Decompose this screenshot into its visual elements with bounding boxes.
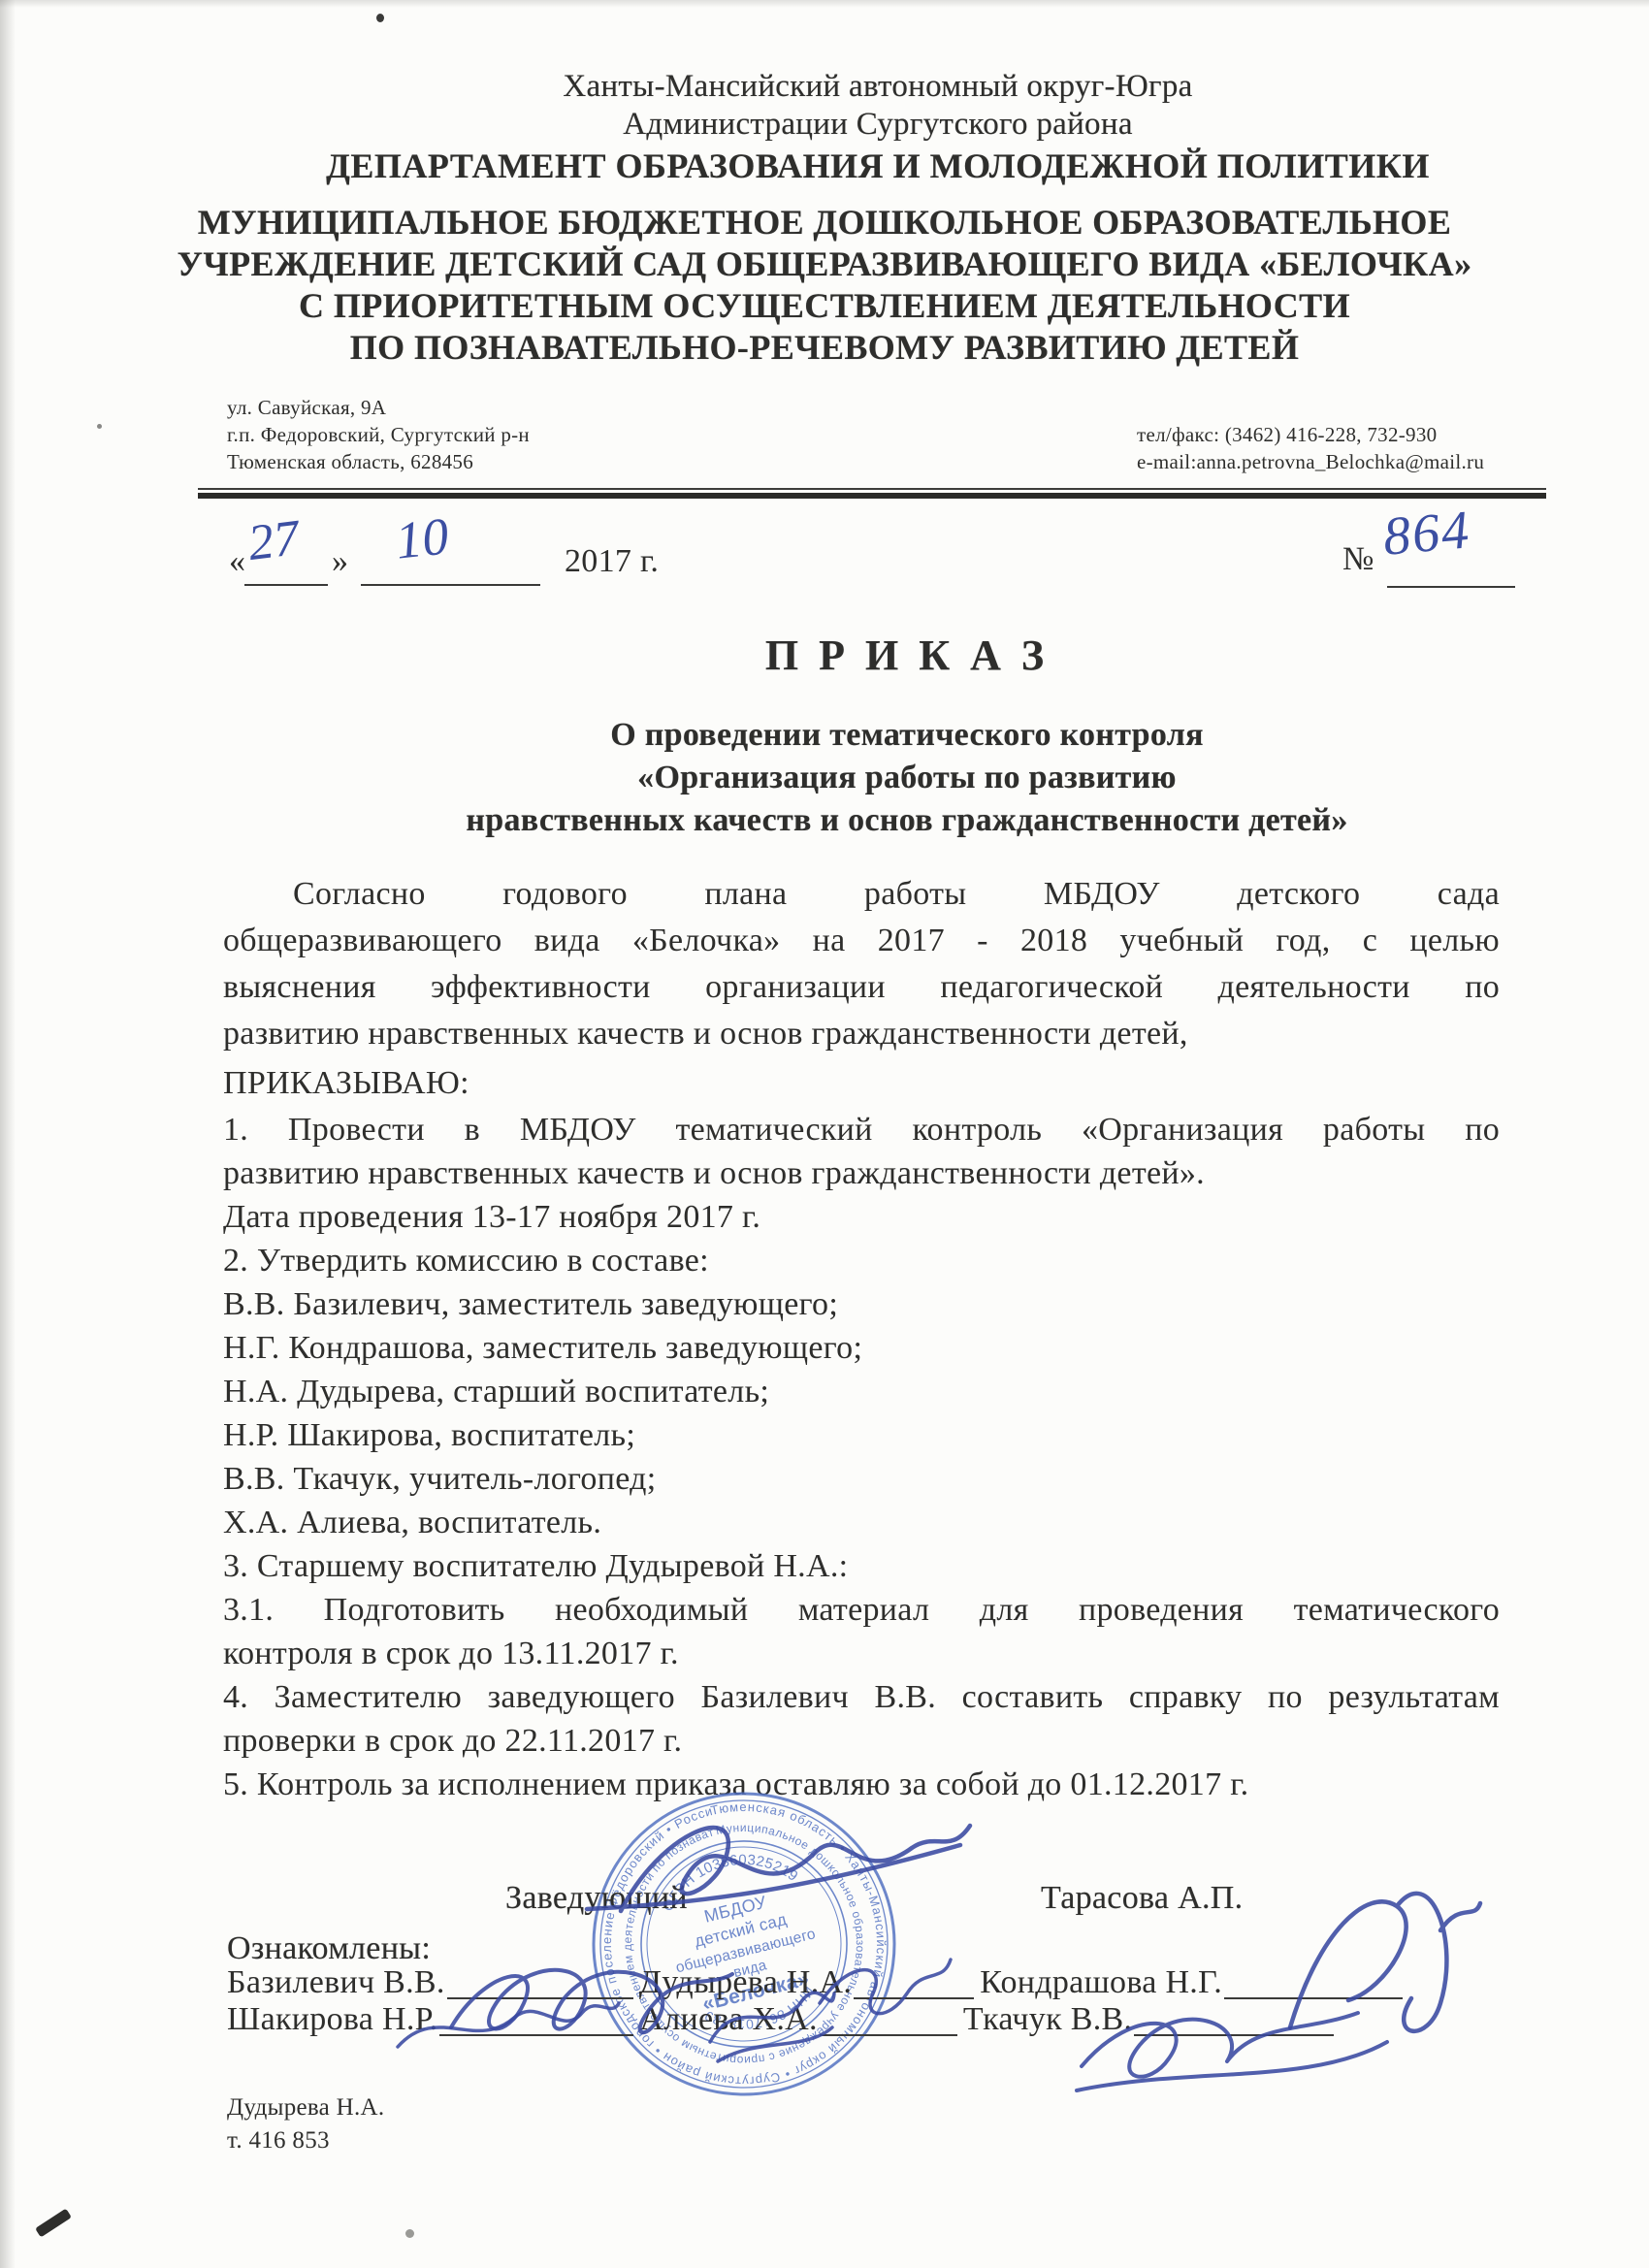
- contact-block: тел/факс: (3462) 416-228, 732-930 e-mail…: [1137, 421, 1484, 475]
- order-line: Н.Г. Кондрашова, заместитель заведующего…: [223, 1326, 1500, 1370]
- director-signature: [587, 1826, 970, 1911]
- kondrashova-signature: [1290, 1894, 1480, 2031]
- order-line: Н.Р. Шакирова, воспитатель;: [223, 1413, 1500, 1457]
- number-sign: №: [1342, 541, 1374, 578]
- executor-name: Дудырева Н.А.: [227, 2091, 384, 2124]
- handwritten-number: 864: [1380, 499, 1472, 568]
- intro-line: развитию нравственных качеств и основ гр…: [223, 1011, 1500, 1057]
- dudyreva-signature: [820, 1960, 951, 2014]
- order-line: 2. Утвердить комиссию в составе:: [223, 1239, 1500, 1282]
- order-line: развитию нравственных качеств и основ гр…: [223, 1151, 1500, 1195]
- intro-line: выяснения эффективности организации педа…: [223, 964, 1500, 1011]
- order-subject: О проведении тематического контроля «Орг…: [223, 714, 1591, 842]
- scan-edge-shadow: [0, 0, 16, 2268]
- org-header: Ханты-Мансийский автономный округ-Югра А…: [223, 68, 1533, 185]
- institution-line: ПО ПОЗНАВАТЕЛЬНО-РЕЧЕВОМУ РАЗВИТИЮ ДЕТЕЙ: [145, 327, 1503, 369]
- document-page: Ханты-Мансийский автономный округ-Югра А…: [0, 0, 1649, 2268]
- executor-block: Дудырева Н.А. т. 416 853: [227, 2091, 384, 2157]
- order-line: 3. Старшему воспитателю Дудыревой Н.А.:: [223, 1544, 1500, 1588]
- date-close-quote: »: [332, 543, 348, 580]
- handwritten-day: 27: [245, 509, 303, 572]
- intro-paragraph: Согласно годового плана работы МБДОУ дет…: [223, 871, 1500, 1057]
- scan-artifact: [376, 14, 384, 22]
- order-line: проверки в срок до 22.11.2017 г.: [223, 1719, 1500, 1763]
- department-title: ДЕПАРТАМЕНТ ОБРАЗОВАНИЯ И МОЛОДЕЖНОЙ ПОЛ…: [223, 147, 1533, 185]
- institution-line: МУНИЦИПАЛЬНОЕ БЮДЖЕТНОЕ ДОШКОЛЬНОЕ ОБРАЗ…: [145, 202, 1503, 243]
- email-line: e-mail:anna.petrovna_Belochka@mail.ru: [1137, 448, 1484, 475]
- signatures-overlay: [291, 1795, 1552, 2105]
- handwritten-month: 10: [393, 505, 452, 570]
- order-items: 1. Провести в МБДОУ тематический контрол…: [223, 1108, 1500, 1806]
- org-line: Ханты-Мансийский автономный округ-Югра: [223, 68, 1533, 106]
- order-line: 3.1. Подготовить необходимый материал дл…: [223, 1588, 1500, 1632]
- order-line: 4. Заместителю заведующего Базилевич В.В…: [223, 1675, 1500, 1719]
- date-open-quote: «: [229, 543, 245, 580]
- scan-edge-shadow-top: [0, 0, 1649, 8]
- order-line: контроля в срок до 13.11.2017 г.: [223, 1632, 1500, 1675]
- executor-phone: т. 416 853: [227, 2124, 384, 2157]
- subject-line: нравственных качеств и основ гражданстве…: [223, 799, 1591, 842]
- date-year: 2017 г.: [565, 543, 659, 580]
- resolve-heading: ПРИКАЗЫВАЮ:: [223, 1065, 469, 1102]
- order-line: 1. Провести в МБДОУ тематический контрол…: [223, 1108, 1500, 1151]
- order-line: Х.А. Алиева, воспитатель.: [223, 1501, 1500, 1544]
- scan-artifact: [35, 2209, 72, 2238]
- order-line: В.В. Базилевич, заместитель заведующего;: [223, 1282, 1500, 1326]
- divider-rule-thick: [198, 493, 1546, 499]
- order-line: Дата проведения 13-17 ноября 2017 г.: [223, 1195, 1500, 1239]
- bazilevich-signature: [451, 1970, 732, 2032]
- scan-artifact: [97, 424, 102, 429]
- scan-artifact: [405, 2229, 414, 2238]
- phone-line: тел/факс: (3462) 416-228, 732-930: [1137, 421, 1484, 448]
- order-line: В.В. Ткачук, учитель-логопед;: [223, 1457, 1500, 1501]
- intro-line: общеразвивающего вида «Белочка» на 2017 …: [223, 918, 1500, 964]
- institution-line: С ПРИОРИТЕТНЫМ ОСУЩЕСТВЛЕНИЕМ ДЕЯТЕЛЬНОС…: [145, 285, 1503, 327]
- tkachuk-signature: [1077, 2013, 1387, 2090]
- order-title: П Р И К А З: [223, 631, 1591, 680]
- alieva-signature: [710, 1993, 834, 2061]
- address-line: г.п. Федоровский, Сургутский р-н: [227, 421, 530, 448]
- subject-line: «Организация работы по развитию: [223, 757, 1591, 799]
- intro-line: Согласно годового плана работы МБДОУ дет…: [223, 871, 1500, 918]
- address-line: ул. Савуйская, 9А: [227, 394, 530, 421]
- order-line: Н.А. Дудырева, старший воспитатель;: [223, 1370, 1500, 1413]
- address-line: Тюменская область, 628456: [227, 448, 530, 475]
- address-block: ул. Савуйская, 9А г.п. Федоровский, Сург…: [227, 394, 530, 475]
- subject-line: О проведении тематического контроля: [223, 714, 1591, 757]
- institution-line: УЧРЕЖДЕНИЕ ДЕТСКИЙ САД ОБЩЕРАЗВИВАЮЩЕГО …: [145, 243, 1503, 285]
- institution-name: МУНИЦИПАЛЬНОЕ БЮДЖЕТНОЕ ДОШКОЛЬНОЕ ОБРАЗ…: [145, 202, 1503, 369]
- org-line: Администрации Сургутского района: [223, 106, 1533, 144]
- divider-rule-thin: [198, 488, 1546, 490]
